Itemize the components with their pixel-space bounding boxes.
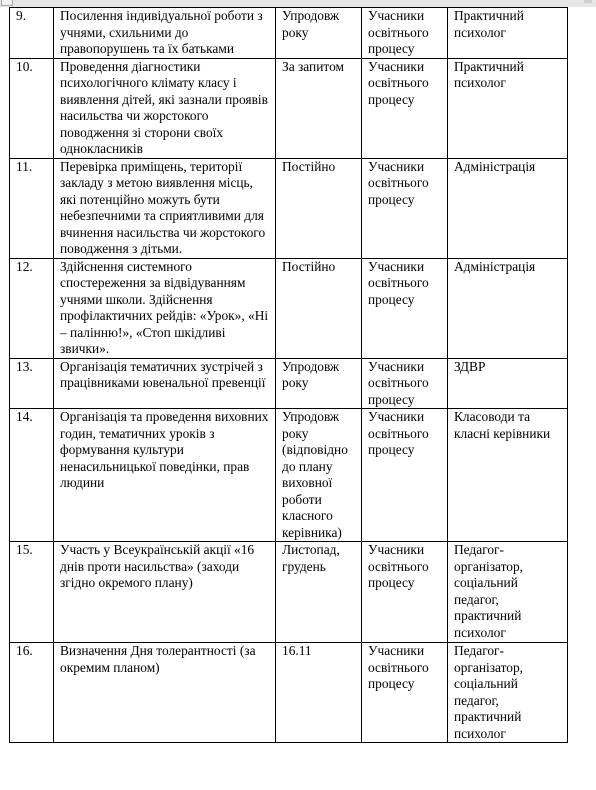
row-number: 12. [10,258,54,358]
activity-cell: Участь у Всеукраїнській акції «16 днів п… [54,542,276,643]
table-row: 9. Посилення індивідуальної роботи з учн… [10,8,568,59]
row-number: 9. [10,8,54,59]
activity-plan-table: 9. Посилення індивідуальної роботи з учн… [9,7,568,743]
table-row: 10. Проведення діагностики психологічног… [10,58,568,158]
responsible-cell: Практичний психолог [448,58,568,158]
activity-cell: Організація та проведення виховних годин… [54,409,276,542]
term-cell: Листопад, грудень [276,542,362,643]
participants-cell: Учасники освітнього процесу [362,158,448,258]
participants-cell: Учасники освітнього процесу [362,643,448,743]
participants-cell: Учасники освітнього процесу [362,258,448,358]
term-cell: Постійно [276,258,362,358]
term-cell: 16.11 [276,643,362,743]
responsible-cell: Адміністрація [448,258,568,358]
activity-cell: Посилення індивідуальної роботи з учнями… [54,8,276,59]
responsible-cell: Педагог-організатор, соціальний педагог,… [448,542,568,643]
responsible-cell: Практичний психолог [448,8,568,59]
term-cell: Упродовж року [276,8,362,59]
table-row: 13. Організація тематичних зустрічей з п… [10,358,568,409]
term-cell: За запитом [276,58,362,158]
participants-cell: Учасники освітнього процесу [362,409,448,542]
row-number: 13. [10,358,54,409]
activity-cell: Здійснення системного спостереження за в… [54,258,276,358]
term-cell: Постійно [276,158,362,258]
activity-cell: Перевірка приміщень, території закладу з… [54,158,276,258]
row-number: 11. [10,158,54,258]
table-row: 15. Участь у Всеукраїнській акції «16 дн… [10,542,568,643]
table-row: 11. Перевірка приміщень, території закла… [10,158,568,258]
row-number: 15. [10,542,54,643]
activity-cell: Проведення діагностики психологічного кл… [54,58,276,158]
row-number: 14. [10,409,54,542]
term-cell: Упродовж року (відповідно до плану вихов… [276,409,362,542]
row-number: 10. [10,58,54,158]
term-cell: Упродовж року [276,358,362,409]
table-row: 12. Здійснення системного спостереження … [10,258,568,358]
responsible-cell: ЗДВР [448,358,568,409]
responsible-cell: Педагог-організатор, соціальний педагог,… [448,643,568,743]
table-row: 16. Визначення Дня толерантності (за окр… [10,643,568,743]
responsible-cell: Адміністрація [448,158,568,258]
participants-cell: Учасники освітнього процесу [362,8,448,59]
table-row: 14. Організація та проведення виховних г… [10,409,568,542]
page-top-edge [0,0,596,7]
table-resize-handle-icon[interactable] [584,0,592,3]
participants-cell: Учасники освітнього процесу [362,358,448,409]
responsible-cell: Класоводи та класні керівники [448,409,568,542]
activity-cell: Організація тематичних зустрічей з праці… [54,358,276,409]
participants-cell: Учасники освітнього процесу [362,542,448,643]
participants-cell: Учасники освітнього процесу [362,58,448,158]
row-number: 16. [10,643,54,743]
activity-cell: Визначення Дня толерантності (за окремим… [54,643,276,743]
table-move-handle-icon[interactable] [1,0,13,6]
